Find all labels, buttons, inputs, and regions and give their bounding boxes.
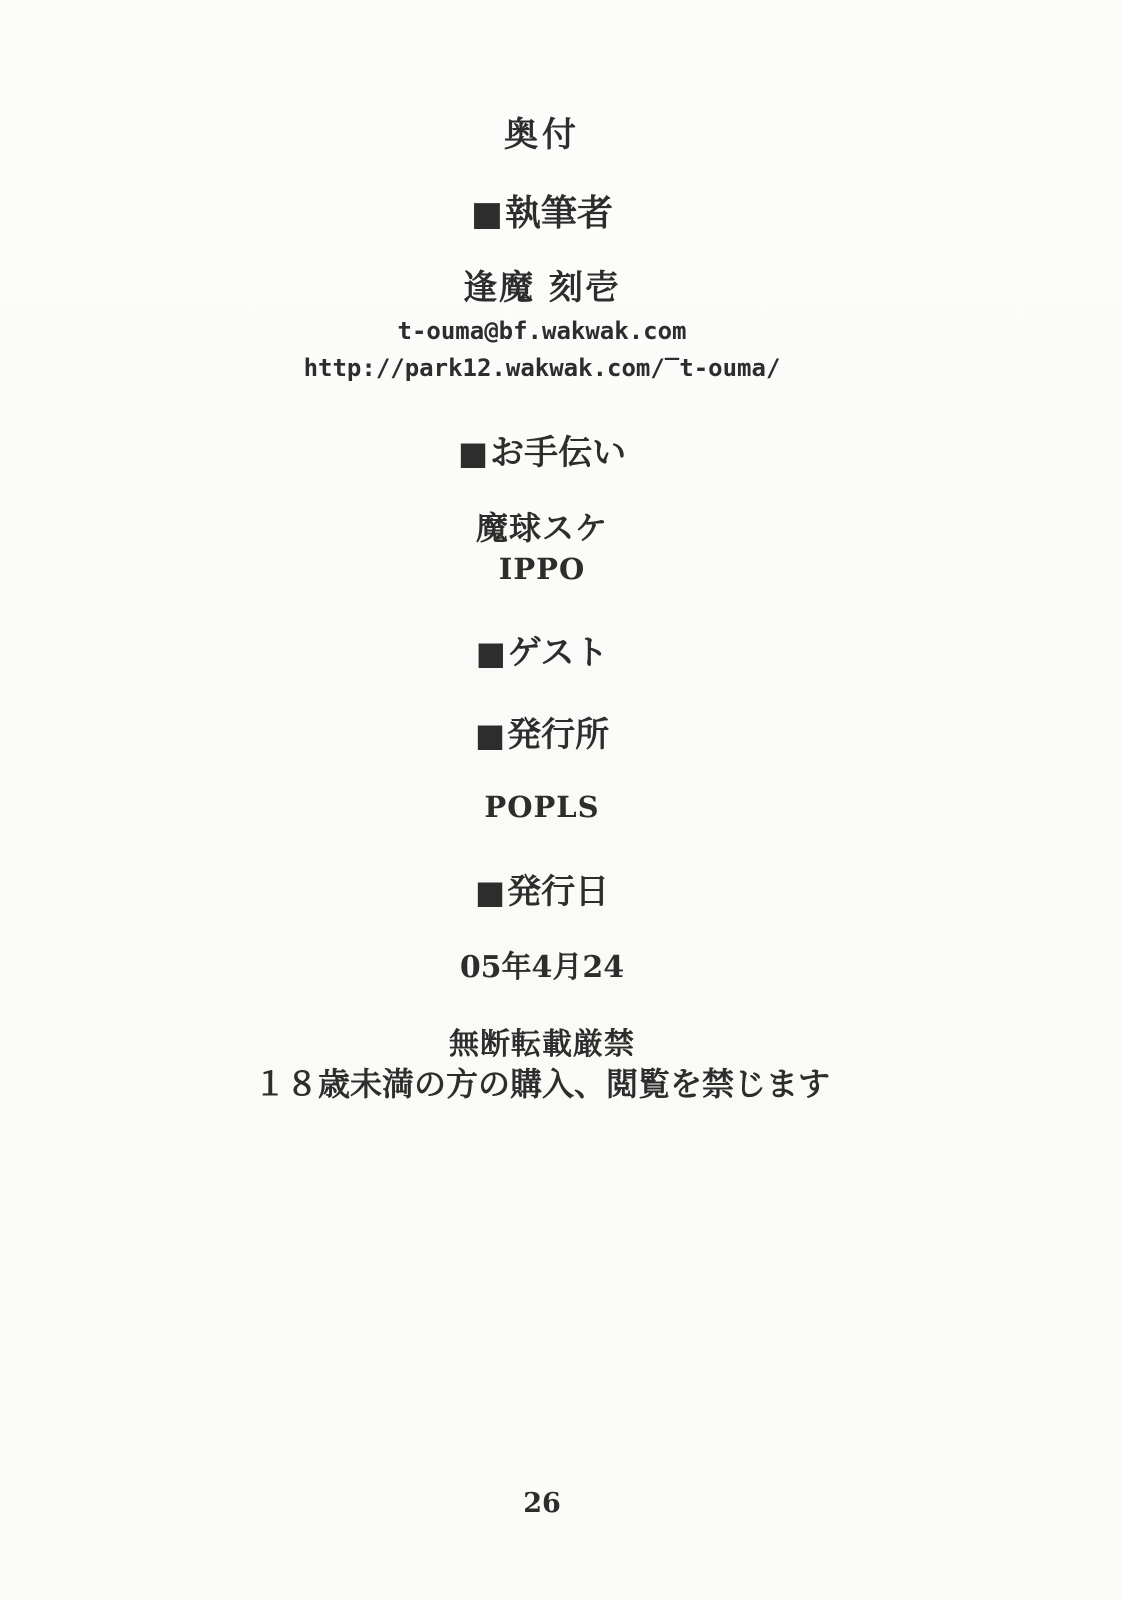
section-heading-publication-date: ■発行日: [0, 875, 1084, 909]
colophon-page: 奥付 ■執筆者 逢魔 刻壱 t-ouma@bf.wakwak.com http:…: [0, 0, 1122, 1600]
section-heading-author: ■執筆者: [0, 196, 1084, 232]
age-restriction-notice: １８歳未満の方の購入、閲覧を禁じます: [0, 1068, 1084, 1100]
section-heading-guest: ■ゲスト: [0, 636, 1084, 670]
author-url: http://park12.wakwak.com/‾t-ouma/: [0, 356, 1084, 380]
section-heading-guest-label: ゲスト: [508, 633, 609, 673]
colophon-title: 奥付: [0, 118, 1084, 152]
square-bullet-icon: ■: [475, 877, 505, 909]
section-heading-helpers-label: お手伝い: [490, 433, 626, 473]
reprint-notice: 無断転載厳禁: [0, 1030, 1084, 1060]
helper-name: IPPO: [0, 555, 1084, 584]
square-bullet-icon: ■: [476, 638, 506, 670]
square-bullet-icon: ■: [475, 720, 505, 752]
author-name: 逢魔 刻壱: [0, 271, 1084, 305]
publication-date: 05年4月24: [0, 953, 1084, 983]
publisher-name: POPLS: [0, 793, 1084, 822]
section-heading-publication-date-label: 発行日: [507, 872, 609, 912]
helper-name: 魔球スケ: [0, 512, 1084, 544]
author-email: t-ouma@bf.wakwak.com: [0, 319, 1084, 343]
square-bullet-icon: ■: [458, 438, 488, 470]
section-heading-publisher-label: 発行所: [507, 715, 609, 755]
section-heading-helpers: ■お手伝い: [0, 436, 1084, 470]
square-bullet-icon: ■: [471, 197, 503, 231]
section-heading-publisher: ■発行所: [0, 718, 1084, 752]
section-heading-author-label: 執筆者: [505, 193, 613, 234]
page-number: 26: [0, 1490, 1084, 1517]
